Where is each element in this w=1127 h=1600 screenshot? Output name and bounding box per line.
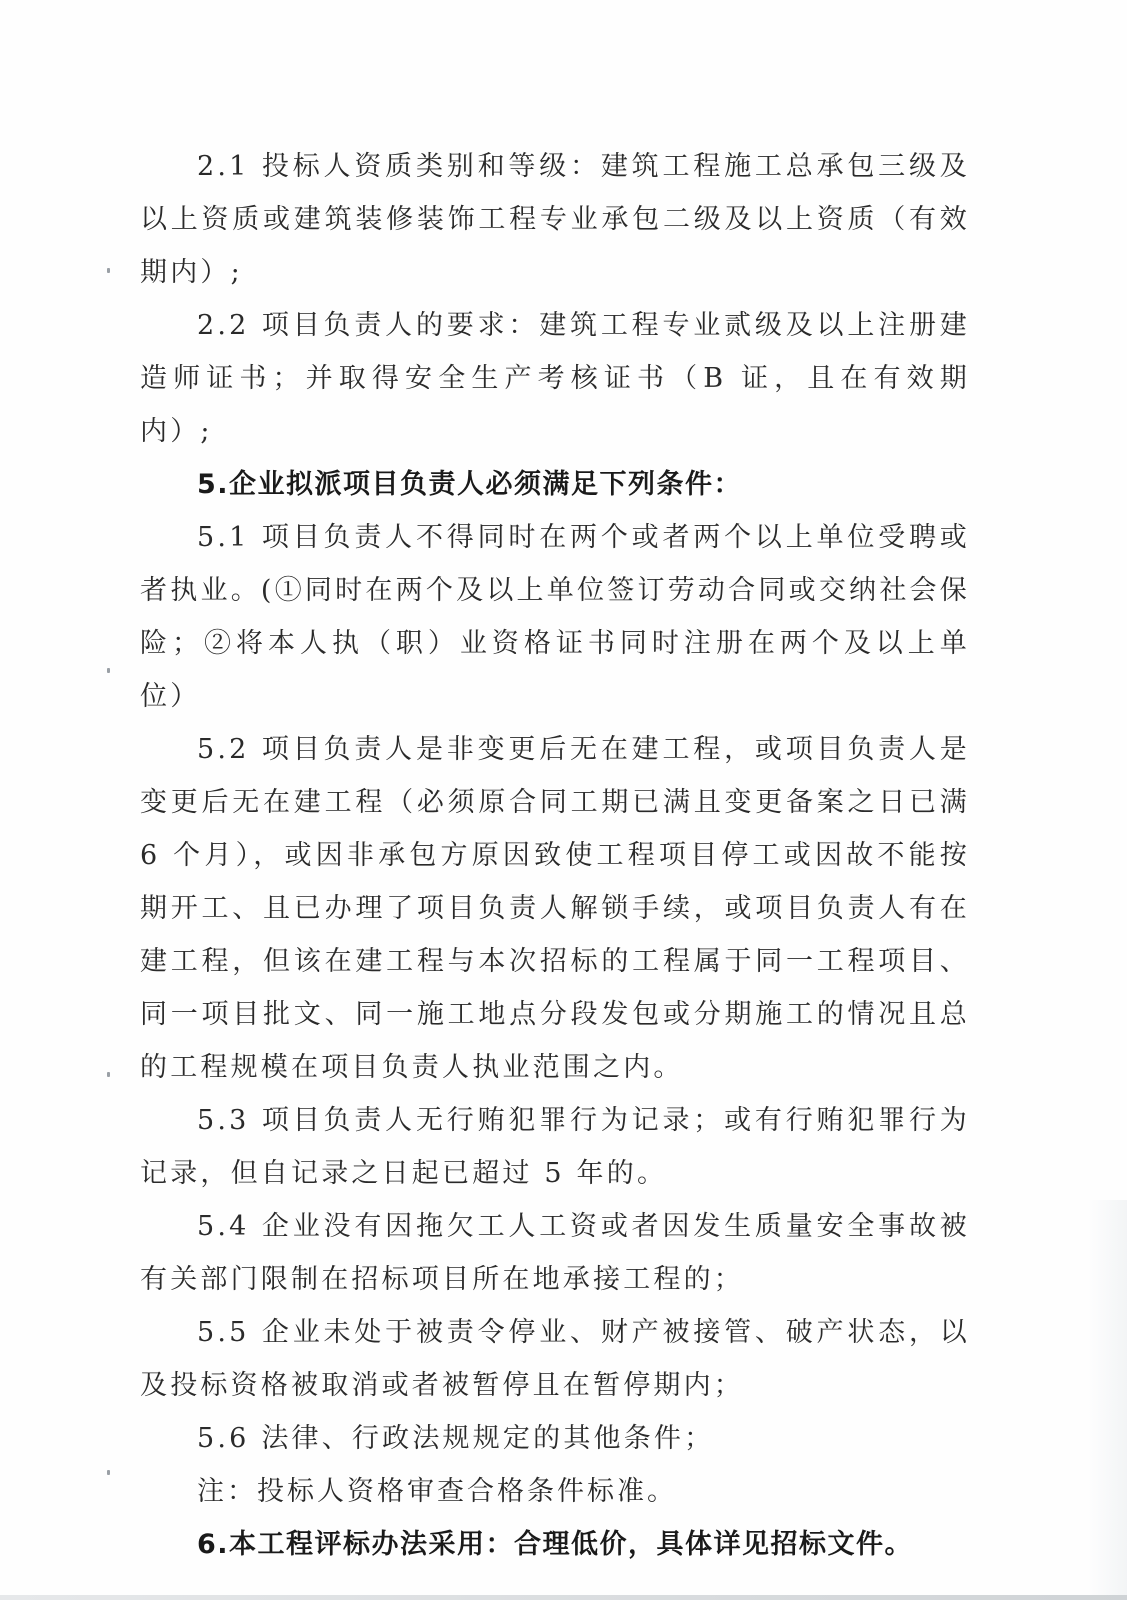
document-body: 2.1 投标人资质类别和等级：建筑工程施工总承包三级及以上资质或建筑装修装饰工程… [140,140,970,1571]
scan-shadow [1087,1200,1127,1600]
clause-5-2: 5.2 项目负责人是非变更后无在建工程，或项目负责人是变更后无在建工程（必须原合… [140,723,970,1094]
scanned-page: 2.1 投标人资质类别和等级：建筑工程施工总承包三级及以上资质或建筑装修装饰工程… [0,0,1127,1600]
clause-5-6: 5.6 法律、行政法规规定的其他条件； [140,1412,970,1465]
scan-speck [107,1072,110,1077]
clause-2-1: 2.1 投标人资质类别和等级：建筑工程施工总承包三级及以上资质或建筑装修装饰工程… [140,140,970,299]
scan-speck [107,1470,110,1475]
clause-5-1: 5.1 项目负责人不得同时在两个或者两个以上单位受聘或者执业。(①同时在两个及以… [140,511,970,723]
scan-speck [107,268,110,273]
page-bottom-edge [0,1595,1127,1600]
clause-5-5: 5.5 企业未处于被责令停业、财产被接管、破产状态，以及投标资格被取消或者被暂停… [140,1306,970,1412]
section-6-heading: 6.本工程评标办法采用：合理低价，具体详见招标文件。 [140,1518,970,1571]
note: 注：投标人资格审查合格条件标准。 [140,1465,970,1518]
clause-5-4: 5.4 企业没有因拖欠工人工资或者因发生质量安全事故被有关部门限制在招标项目所在… [140,1200,970,1306]
clause-2-2: 2.2 项目负责人的要求：建筑工程专业贰级及以上注册建造师证书；并取得安全生产考… [140,299,970,458]
scan-speck [107,668,110,673]
section-5-heading: 5.企业拟派项目负责人必须满足下列条件： [140,458,970,511]
clause-5-3: 5.3 项目负责人无行贿犯罪行为记录；或有行贿犯罪行为记录，但自记录之日起已超过… [140,1094,970,1200]
